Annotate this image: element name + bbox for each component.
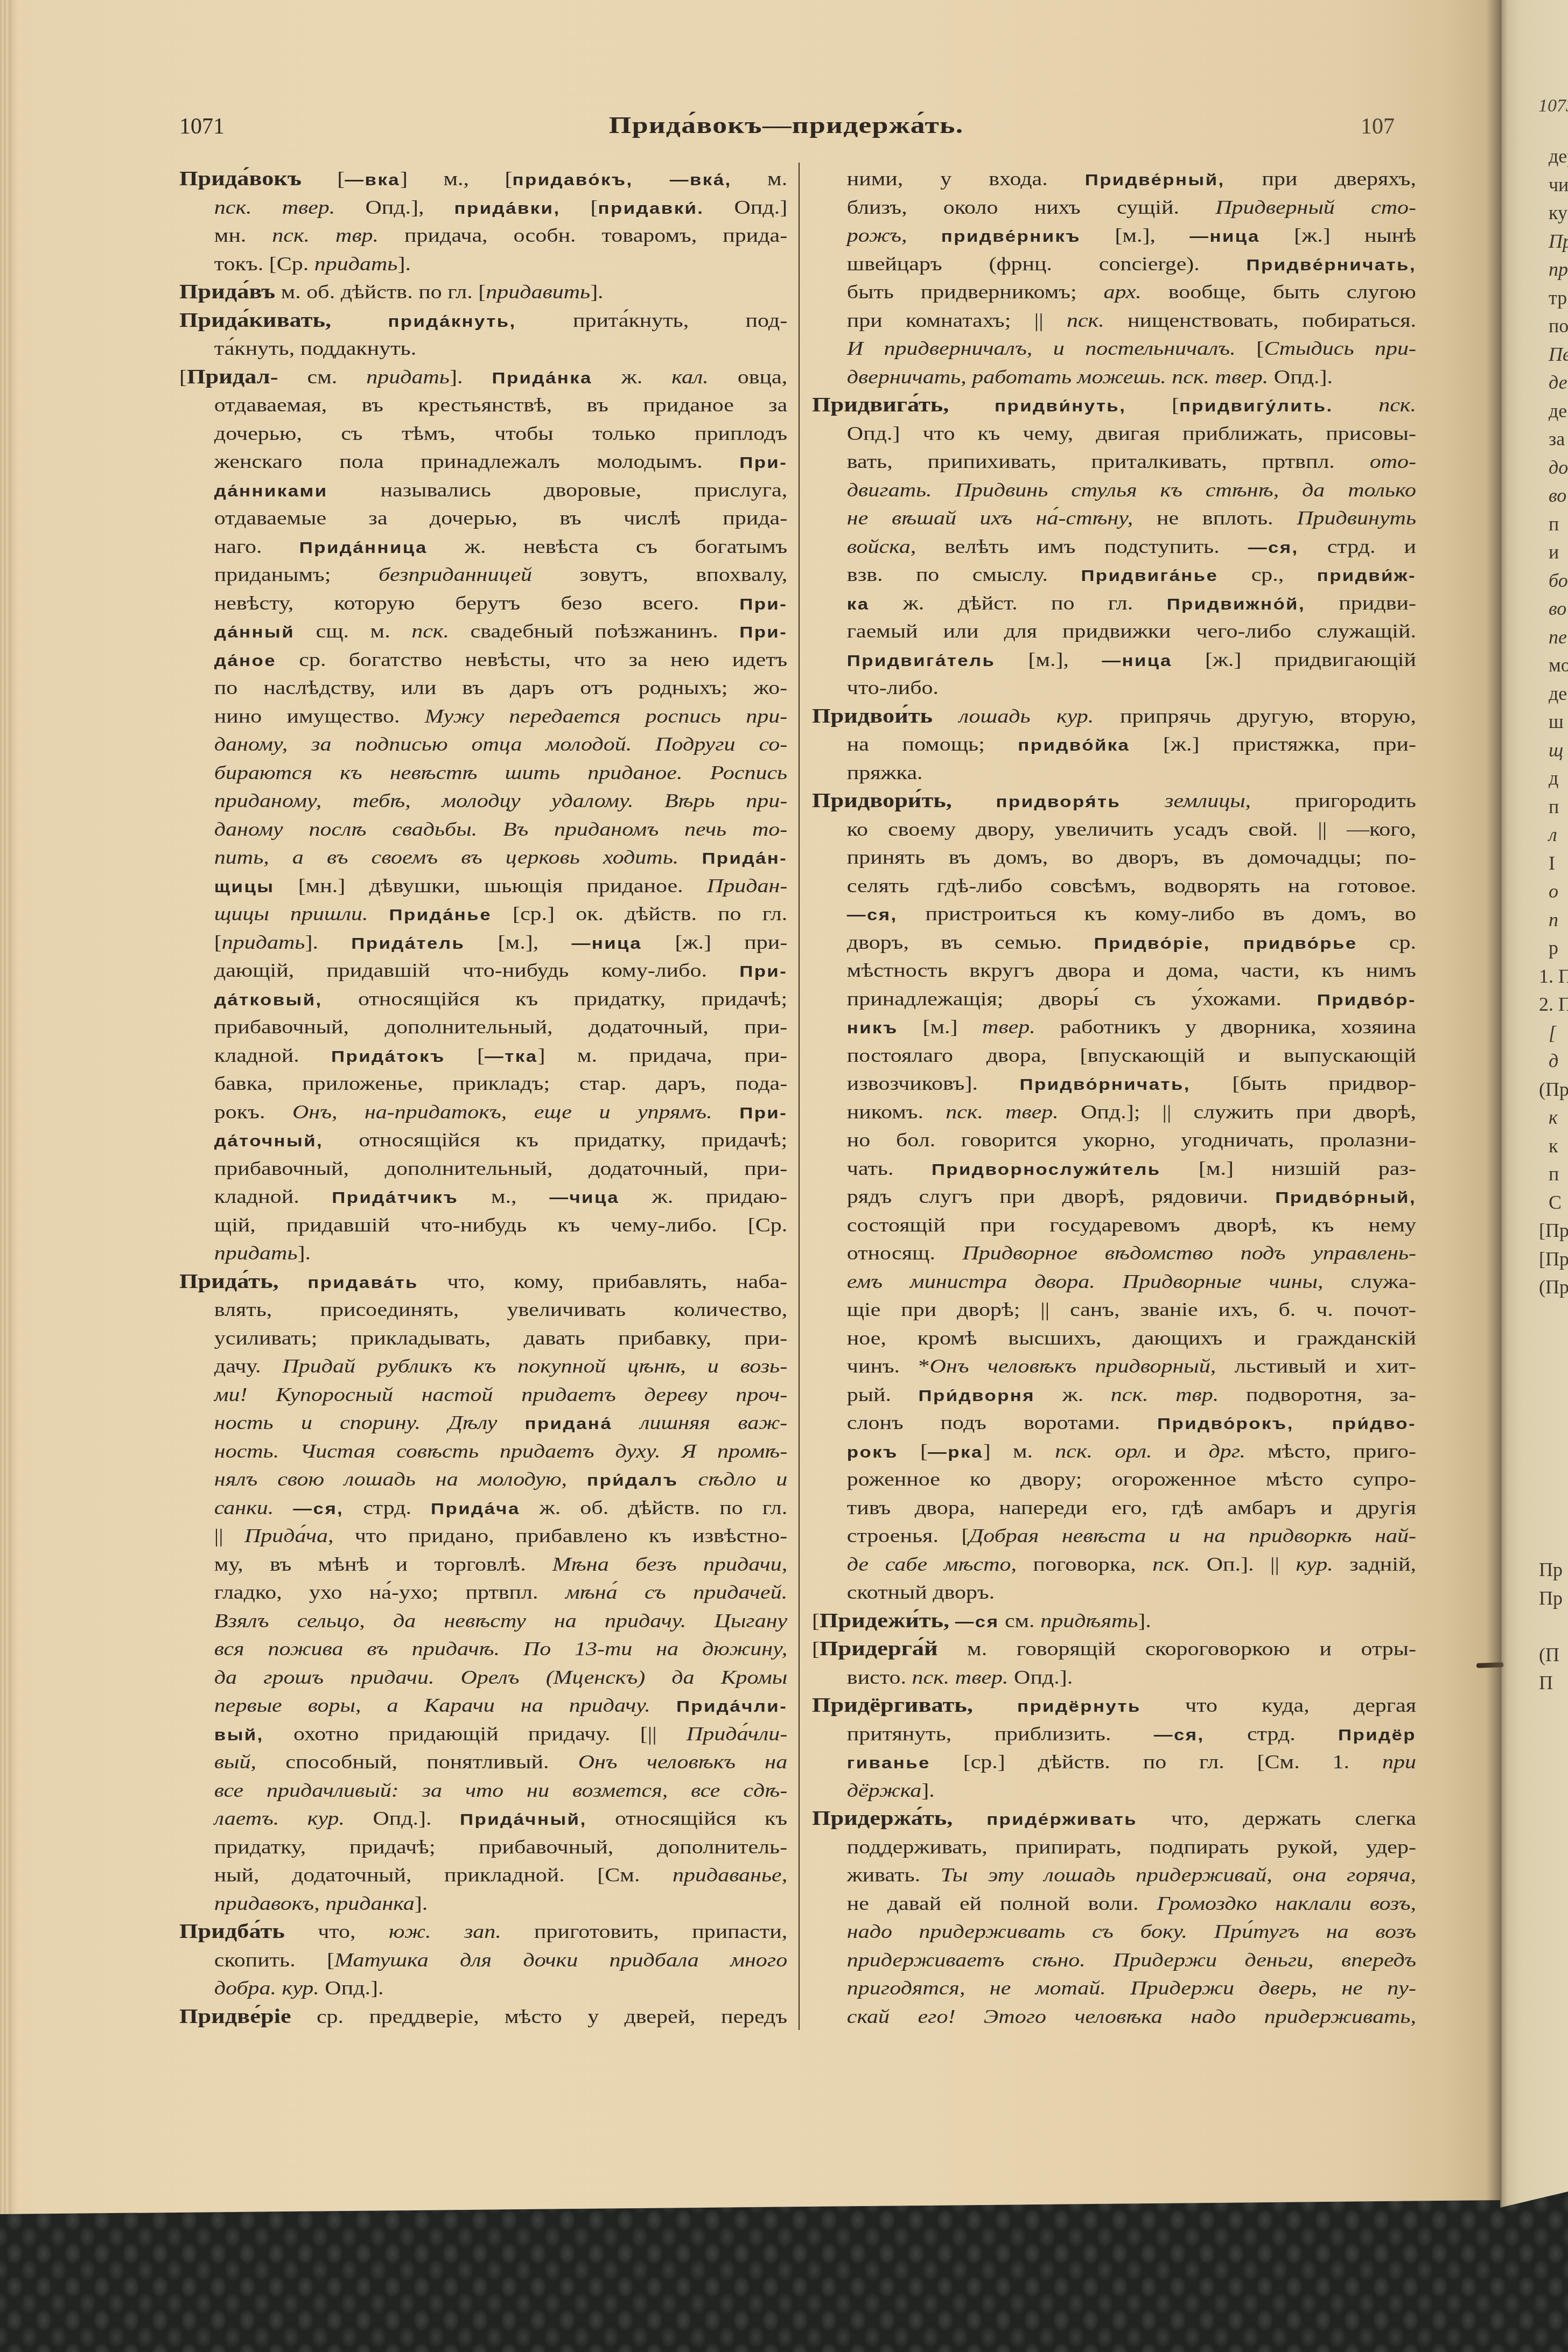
adjacent-page-text-fragment: 2. П — [1539, 990, 1568, 1019]
definition-text: не давай ей полной воли. — [847, 1893, 1157, 1914]
text-line: вать, припихивать, приталкивать, пртвпл.… — [812, 448, 1416, 477]
definition-text: [ж.] придвигающій — [1172, 649, 1416, 670]
adjacent-page-text-fragment: дер — [1539, 142, 1568, 171]
definition-text: дачу. — [214, 1356, 283, 1377]
subentry-term: —ся — [955, 1614, 999, 1631]
adjacent-page-text-fragment: д — [1539, 1047, 1568, 1075]
italic-text: де сабе мѣсто, — [847, 1554, 1017, 1575]
italic-text: ми! Купоросный настой придаетъ дереву пр… — [214, 1384, 787, 1405]
adjacent-page-text-fragment: Пр — [1539, 1584, 1568, 1613]
text-line: невѣсту, которую берутъ безо всего. При- — [179, 590, 787, 618]
text-line: дворъ, въ семью. Придво́ріе, придво́рье … — [812, 929, 1416, 957]
italic-text: пск. орл. — [1055, 1441, 1152, 1462]
definition-text: пристроиться къ кому-либо въ домъ, во — [898, 904, 1416, 925]
subentry-term: —вка — [345, 172, 400, 189]
italic-text: Придан- — [707, 876, 787, 897]
definition-text: прибавочный, дополнительный, додаточный,… — [214, 1017, 787, 1038]
subentry-term: да́тковый, — [214, 992, 323, 1009]
italic-text: бираются къ невѣстѣ шить приданое. Роспи… — [214, 762, 787, 783]
headword: Прида́вокъ — [179, 168, 302, 190]
definition-text: ное, кромѣ высшихъ, дающихъ и гражданскі… — [847, 1328, 1416, 1349]
definition-text: ко своему двору, увеличить усадъ свой. |… — [847, 819, 1416, 840]
subentry-term: Прида́чный, — [460, 1811, 586, 1829]
text-line: бираются къ невѣстѣ шить приданое. Роспи… — [179, 759, 787, 788]
adjacent-page-text-fragment: [Пр — [1539, 1245, 1568, 1273]
definition-text: Опд.]. — [1009, 1667, 1073, 1688]
definition-text: извозчиковъ]. — [847, 1073, 1020, 1094]
definition-text: что куда, дергая — [1141, 1695, 1416, 1716]
text-line: скай его! Этого человѣка надо придержива… — [812, 2003, 1416, 2032]
definition-text: щій, придавшій что-нибудь къ чему-либо. … — [214, 1215, 787, 1236]
text-line: Придвига́тель [м.], —ница [ж.] придвигаю… — [812, 646, 1416, 675]
text-line: состоящій при государевомъ дворѣ, къ нем… — [812, 1212, 1416, 1240]
definition-text: ] м. — [983, 1441, 1055, 1462]
adjacent-page-text-fragment — [1539, 1386, 1568, 1415]
adjacent-page-text-fragment: за — [1539, 425, 1568, 453]
definition-text: [ср.] ок. дѣйств. по гл. — [492, 904, 787, 925]
definition-text: наго. — [214, 536, 299, 557]
text-line: санки. —ся, стрд. Прида́ча ж. об. дѣйств… — [179, 1494, 787, 1523]
adjacent-page-text-fragment: п — [1539, 793, 1568, 821]
right-column: ними, у входа. Придве́рный, при дверяхъ,… — [812, 165, 1416, 2031]
text-line: ними, у входа. Придве́рный, при дверяхъ, — [812, 165, 1416, 194]
adjacent-page-text-fragment — [1539, 1471, 1568, 1500]
italic-text: ность и спорину. Дѣлу — [214, 1412, 525, 1433]
definition-text: поддерживать, припирать, подпирать рукой… — [847, 1837, 1416, 1858]
headword: Придвига́ть, — [812, 394, 949, 416]
definition-text: и — [1152, 1441, 1209, 1462]
adjacent-page-text-fragment: и — [1539, 538, 1568, 566]
italic-text: пск. твер. — [912, 1667, 1009, 1688]
italic-text: Взялъ сельцо, да невѣсту на придачу. Цыг… — [214, 1611, 787, 1632]
text-line: приданымъ; безприданницей зовутъ, впохва… — [179, 561, 787, 590]
subentry-term: да́нниками — [214, 483, 328, 500]
text-line: де сабе мѣсто, поговорка, пск. Оп.]. || … — [812, 1551, 1416, 1579]
text-line: принять въ домъ, во дворъ, въ домочадцы;… — [812, 844, 1416, 872]
subentry-term: При- — [739, 1105, 787, 1122]
definition-text: ]. — [1138, 1611, 1151, 1632]
text-line: вый, способный, понятливый. Онъ человѣкъ… — [179, 1748, 787, 1777]
definition-text: рокъ. — [214, 1102, 292, 1123]
entry-first-line: Придвори́ть, придворя́ть землицы, пригор… — [812, 787, 1416, 816]
text-line: та́кнуть, поддакнуть. — [179, 335, 787, 363]
adjacent-page-text-fragment: по — [1539, 312, 1568, 340]
adjacent-page-text-fragment: Пр — [1539, 227, 1568, 256]
definition-text: строенья. [ — [847, 1525, 969, 1546]
text-line: швейцаръ (фрнц. concierge). Придве́рнича… — [812, 250, 1416, 279]
text-line: усиливать; прикладывать, давать прибавку… — [179, 1325, 787, 1353]
subentry-term: придви́нуть, — [995, 398, 1126, 415]
text-line: ко своему двору, увеличить усадъ свой. |… — [812, 816, 1416, 844]
adjacent-page-text-fragment: л — [1539, 821, 1568, 849]
definition-text: бавка, приложенье, прикладъ; стар. даръ,… — [214, 1073, 787, 1094]
subentry-term: Придво́ріе, придво́рье — [1094, 935, 1357, 953]
subentry-term: придви́ж- — [1317, 568, 1416, 585]
text-line: отдаваемая, въ крестьянствѣ, въ приданое… — [179, 391, 787, 420]
italic-text: придаванье, — [673, 1865, 787, 1886]
text-line: рядъ слугъ при дворѣ, рядовичи. Придво́р… — [812, 1183, 1416, 1212]
text-line: Взялъ сельцо, да невѣсту на придачу. Цыг… — [179, 1607, 787, 1636]
text-line: щицы пришли. Прида́нье [ср.] ок. дѣйств.… — [179, 900, 787, 929]
definition-text: ]. — [450, 367, 492, 388]
definition-text: ж. — [1035, 1384, 1111, 1405]
italic-text: дрг. — [1208, 1441, 1245, 1462]
text-line: —ся, пристроиться къ кому-либо въ домъ, … — [812, 900, 1416, 929]
definition-text: ж. невѣста съ богатымъ — [428, 536, 787, 557]
definition-text — [279, 1271, 307, 1292]
subentry-term: Придве́рный, — [1085, 172, 1225, 189]
text-line: но бол. говорится укорно, угодничать, пр… — [812, 1126, 1416, 1155]
adjacent-page-text-fragment: (Пр — [1539, 1075, 1568, 1104]
text-line: надо придерживать съ боку. При́тугъ на в… — [812, 1918, 1416, 1947]
entry-first-line: Придёргивать, придёрнуть что куда, дерга… — [812, 1692, 1416, 1720]
definition-text: скотный дворъ. — [847, 1582, 995, 1603]
subentry-term: Прида́нье — [389, 907, 492, 924]
text-line: бавка, приложенье, прикладъ; стар. даръ,… — [179, 1070, 787, 1098]
text-line: дающій, придавшій что-нибудь кому-либо. … — [179, 957, 787, 985]
italic-text: щицы пришли. — [214, 904, 389, 925]
text-line: рожъ, придве́рникъ [м.], —ница [ж.] нынѣ — [812, 222, 1416, 250]
italic-text: пск. твр. — [1111, 1384, 1219, 1405]
text-line: ка ж. дѣйст. по гл. Придвижно́й, придви- — [812, 590, 1416, 618]
adjacent-page-text-fragment: пе — [1539, 623, 1568, 652]
italic-text: даному послѣ свадьбы. Въ приданомъ печь … — [214, 819, 787, 840]
italic-text: Стыдись при- — [1264, 338, 1416, 359]
adjacent-page-text-fragment — [1539, 1329, 1568, 1358]
entry-first-line: Придержа́ть, приде́рживать что, держать … — [812, 1805, 1416, 1833]
italic-text: вый, — [214, 1752, 256, 1773]
subentry-term: Прида́тель — [351, 935, 465, 953]
definition-text: при дверяхъ, — [1225, 169, 1416, 190]
headword: Придба́ть — [179, 1921, 285, 1943]
text-line: нялъ свою лошадь на молодую, при́далъ сѣ… — [179, 1466, 787, 1494]
text-line: первые воры, а Карачи на придачу. Прида́… — [179, 1692, 787, 1720]
definition-text: [ — [561, 197, 598, 218]
subentry-term: Придво́рокъ, при́дво- — [1157, 1416, 1416, 1433]
subentry-term: прида́вки, — [454, 200, 561, 218]
italic-text: приданому, тебѣ, молодцу удалому. Вѣрь п… — [214, 790, 787, 811]
text-line: пригодятся, не мотай. Придержи дверь, не… — [812, 1975, 1416, 2003]
subentry-term: Придвига́нье — [1081, 568, 1218, 585]
adjacent-page-text-fragment: де — [1539, 368, 1568, 397]
definition-text: ср. преддверіе, мѣсто у дверей, передъ — [291, 2006, 788, 2027]
subentry-term: При- — [739, 454, 787, 472]
definition-text: [ — [179, 367, 187, 388]
text-line: рый. При́дворня ж. пск. твр. подворотня,… — [812, 1381, 1416, 1410]
adjacent-page-text-fragment: П — [1539, 1669, 1568, 1697]
definition-text: Опд.]. — [1268, 367, 1333, 388]
definition-text: рый. — [847, 1384, 919, 1405]
definition-text: задній, — [1333, 1554, 1416, 1575]
subentry-term: Придёр — [1338, 1727, 1416, 1744]
definition-text: щіе при дворѣ; || санъ, званіе ихъ, б. ч… — [847, 1299, 1416, 1320]
italic-text: пригодятся, не мотай. Придержи дверь, не… — [847, 1978, 1416, 1999]
subentry-term: При- — [739, 596, 787, 613]
definition-text: Опд.]. — [319, 1978, 384, 1999]
italic-text: все придачливый: за что ни возмется, все… — [214, 1780, 787, 1801]
adjacent-page-text-fragment: тр — [1539, 284, 1568, 312]
italic-text: первые воры, а Карачи на придачу. — [214, 1695, 676, 1716]
subentry-term: При- — [739, 624, 787, 641]
text-line: роженное ко двору; огороженное мѣсто суп… — [812, 1466, 1416, 1494]
adjacent-page-text-fragment — [1539, 1612, 1568, 1641]
definition-text: стрд. — [1205, 1724, 1338, 1745]
text-line: чать. Придворнослужи́тель [м.] низшій ра… — [812, 1155, 1416, 1184]
adjacent-page-number: 1073 — [1538, 93, 1568, 120]
definition-text: м. говорящій скороговоркою и отры- — [938, 1639, 1416, 1660]
italic-text: санки. — [214, 1497, 293, 1518]
definition-text — [952, 790, 996, 811]
definition-text — [907, 225, 941, 246]
subentry-term: Придво́рничать, — [1020, 1076, 1191, 1094]
definition-text: [м.] — [898, 1017, 982, 1038]
text-line: при комнатахъ; || пск. нищенствовать, по… — [812, 307, 1416, 335]
italic-text: Придворное вѣдомство подъ управлень- — [962, 1243, 1416, 1264]
definition-text: стрд. и — [1299, 536, 1416, 557]
adjacent-page-text-fragment: І — [1539, 849, 1568, 878]
italic-text: придать — [366, 367, 450, 388]
adjacent-page-text-fragment: о — [1539, 877, 1568, 906]
text-line: тивъ двора, напереди его, гдѣ амбаръ и д… — [812, 1494, 1416, 1523]
italic-text: Мужу передается роспись при- — [425, 706, 787, 727]
subentry-term: —чица — [549, 1189, 619, 1207]
definition-text: [м.] низшій раз- — [1161, 1158, 1416, 1179]
subentry-term: Придвига́тель — [847, 653, 996, 670]
subentry-term: при́далъ — [587, 1472, 678, 1489]
definition-text — [933, 706, 959, 727]
definition-text: ]. — [921, 1780, 934, 1801]
italic-text: Мѣна безъ придачи, — [552, 1554, 787, 1575]
italic-text: пск. твр. — [272, 225, 379, 246]
definition-text: назывались дворовые, прислуга, — [328, 480, 788, 501]
page-number-right: 107 — [1330, 110, 1395, 143]
definition-text: на помощь; — [847, 734, 1018, 755]
definition-text: относящійся къ — [587, 1808, 788, 1829]
scanner-mat-background — [0, 2197, 1568, 2352]
subentry-term: гиванье — [847, 1755, 930, 1772]
text-line: по наслѣдству, или въ даръ отъ родныхъ; … — [179, 674, 787, 703]
italic-text: Онъ человѣкъ на — [578, 1752, 788, 1773]
definition-text: нищенствовать, побираться. — [1104, 310, 1416, 331]
definition-text: ] м., [ — [400, 169, 513, 190]
headword: Придежи́ть, — [820, 1610, 949, 1632]
subentry-term: Прида́токъ — [331, 1048, 445, 1066]
text-line: токъ. [Ср. придать]. — [179, 250, 787, 279]
italic-text: надо придерживать съ боку. При́тугъ на в… — [847, 1921, 1416, 1942]
text-line: двигать. Придвинь стулья къ стѣнѣ, да то… — [812, 477, 1416, 505]
text-line: живать. Ты эту лошадь придерживай, она г… — [812, 1861, 1416, 1890]
definition-text: Опд.]; || служить при дворѣ, — [1059, 1102, 1416, 1123]
italic-text: И придверничалъ, и постельничалъ. — [847, 338, 1236, 359]
definition-text: прибавочный, дополнительный, додаточный,… — [214, 1158, 787, 1179]
text-line: слонъ подъ воротами. Придво́рокъ, при́дв… — [812, 1409, 1416, 1438]
definition-text: припрячь другую, вторую, — [1094, 706, 1416, 727]
italic-text: Онъ человѣкъ придворный, — [930, 1356, 1216, 1377]
definition-text: дворъ, въ семью. — [847, 932, 1094, 953]
italic-text: Матушка для дочки придбала много — [334, 1950, 787, 1971]
italic-text: ото- — [1370, 451, 1416, 472]
definition-text: по наслѣдству, или въ даръ отъ родныхъ; … — [214, 677, 787, 698]
text-line: пряжка. — [812, 759, 1416, 788]
italic-text: придерживаетъ сѣно. Придержи деньги, впе… — [847, 1950, 1416, 1971]
definition-text: см. — [278, 367, 367, 388]
definition-text: швейцаръ (фрнц. concierge). — [847, 254, 1247, 275]
definition-text: ] м. придача, при- — [537, 1045, 787, 1066]
text-line: кладной. Прида́токъ [—тка] м. придача, п… — [179, 1042, 787, 1070]
text-line: кладной. Прида́тчикъ м., —чица ж. придаю… — [179, 1183, 787, 1212]
adjacent-page-text-fragment: С — [1539, 1188, 1568, 1217]
definition-text: ср. богатство невѣсты, что за нею идетъ — [276, 649, 787, 670]
text-line: да́нный сщ. м. пск. свадебный поѣзжанинъ… — [179, 618, 787, 646]
definition-text: поговорка, — [1017, 1554, 1152, 1575]
subentry-term: Прида́тчикъ — [332, 1189, 458, 1207]
italic-text: пск. — [1152, 1554, 1190, 1575]
definition-text: стрд. — [344, 1497, 431, 1518]
definition-text: женскаго пола принадлежалъ молодымъ. — [214, 451, 739, 472]
subentry-term: рокъ — [847, 1444, 898, 1461]
text-line: войска, велѣть имъ подступить. —ся, стрд… — [812, 533, 1416, 562]
text-line: взв. по смыслу. Придвига́нье ср., придви… — [812, 561, 1416, 590]
definition-text: относящійся къ придатку, придачѣ; — [323, 1130, 787, 1151]
text-line: щіе при дворѣ; || санъ, званіе ихъ, б. ч… — [812, 1296, 1416, 1325]
subentry-term: —ница — [1189, 228, 1260, 246]
subentry-term: —ся, — [1154, 1727, 1205, 1744]
subentry-term: Придво́рный, — [1275, 1189, 1416, 1207]
definition-text: селять гдѣ-либо совсѣмъ, водворять на го… — [847, 876, 1416, 897]
italic-text: придать — [214, 1243, 298, 1264]
subentry-term: придаво́къ, —вка́, — [513, 172, 732, 189]
text-line: что-либо. — [812, 674, 1416, 703]
definition-text: кладной. — [214, 1045, 331, 1066]
definition-text: взв. по смыслу. — [847, 564, 1081, 585]
definition-text: что придано, прибавлено къ извѣстно- — [333, 1525, 787, 1546]
definition-text: усиливать; прикладывать, давать прибавку… — [214, 1328, 787, 1349]
definition-text — [1121, 790, 1165, 811]
definition-text: рядъ слугъ при дворѣ, рядовичи. — [847, 1186, 1275, 1207]
text-line: принадлежащія; дворы́ съ у́хожами. Придв… — [812, 985, 1416, 1014]
subentry-term: да́ное — [214, 653, 276, 670]
text-line: наго. Прида́нница ж. невѣста съ богатымъ — [179, 533, 787, 562]
definition-text: притянуть, приблизить. — [847, 1724, 1154, 1745]
definition-text: постоялаго двора, [впускающій и выпускаю… — [847, 1045, 1416, 1066]
text-line: ность. Чистая совѣсть придаетъ духу. Я п… — [179, 1438, 787, 1466]
italic-text: кур. — [1296, 1554, 1333, 1575]
italic-text: Ты эту лошадь придерживай, она горяча, — [941, 1865, 1416, 1886]
definition-text: придача, особн. товаромъ, прида- — [379, 225, 787, 246]
headword: Прида́въ — [179, 281, 275, 303]
entry-first-line: [Придежи́ть, —ся см. придѣять]. — [812, 1607, 1416, 1636]
subentry-term: да́нный — [214, 624, 295, 641]
text-line: да грошъ придачи. Орелъ (Мценскъ) да Кро… — [179, 1664, 787, 1692]
text-line: му, въ мѣнѣ и торговлѣ. Мѣна безъ придач… — [179, 1551, 787, 1579]
italic-text: придавокъ, приданка — [214, 1893, 415, 1914]
italic-text: дёржка — [847, 1780, 922, 1801]
text-line: придавокъ, приданка]. — [179, 1890, 787, 1919]
entry-first-line: Прида́кивать, прида́кнуть, прита́кнуть, … — [179, 307, 787, 335]
subentry-term: —ница — [572, 935, 642, 953]
entry-first-line: Придвига́ть, придви́нуть, [придвигу́лить… — [812, 391, 1416, 420]
definition-text: му, въ мѣнѣ и торговлѣ. — [214, 1554, 552, 1575]
italic-text: землицы, — [1165, 790, 1251, 811]
italic-text: Прида́ча, — [244, 1525, 334, 1546]
subentry-term: да́точный, — [214, 1133, 323, 1150]
definition-text: придатку, придачѣ; прибавочный, дополнит… — [214, 1837, 787, 1858]
italic-text: рожъ, — [847, 225, 907, 246]
text-line: чинъ. *Онъ человѣкъ придворный, льстивый… — [812, 1353, 1416, 1381]
text-line: щицы [мн.] дѣвушки, шьющія приданое. При… — [179, 872, 787, 901]
text-line: ное, кромѣ высшихъ, дающихъ и гражданскі… — [812, 1325, 1416, 1353]
definition-text: чинъ. * — [847, 1356, 930, 1377]
italic-text: Придвинуть — [1297, 508, 1416, 529]
definition-text: гаемый или для придвижки чего-либо служа… — [847, 621, 1416, 642]
adjacent-page-text-fragment: до — [1539, 453, 1568, 482]
definition-text: пряжка. — [847, 762, 923, 783]
adjacent-page-text-fragment — [1539, 1528, 1568, 1556]
subentry-term: Прида́ча — [431, 1501, 520, 1518]
definition-text: та́кнуть, поддакнуть. — [214, 338, 416, 359]
subentry-term: придвигу́лить. — [1179, 398, 1333, 415]
definition-text: мн. — [214, 225, 272, 246]
adjacent-page-text-fragment: [Пр — [1539, 1216, 1568, 1245]
italic-text: Онъ, на-придатокъ, еще и упрямъ. — [292, 1102, 712, 1123]
italic-text: лошадь кур. — [959, 706, 1094, 727]
italic-text: придѣять — [1040, 1611, 1138, 1632]
italic-text: пск. — [1378, 395, 1416, 416]
definition-text — [1333, 395, 1379, 416]
page-number-left: 1071 — [179, 110, 225, 143]
italic-text: Добрая невѣста и на придворкѣ най- — [969, 1525, 1416, 1546]
italic-text: пск. — [1067, 310, 1104, 331]
adjacent-page-text-fragment: п — [1539, 906, 1568, 934]
text-line: быть придверникомъ; арх. вообще, быть сл… — [812, 278, 1416, 307]
definition-text: [ — [214, 932, 222, 953]
definition-text: ж. об. дѣйств. по гл. — [520, 1497, 787, 1518]
adjacent-page-text-fragment: де — [1539, 680, 1568, 708]
text-line: даному послѣ свадьбы. Въ приданомъ печь … — [179, 816, 787, 844]
headword: Прида́кивать, — [179, 310, 331, 332]
subentry-term: придана́ — [524, 1416, 612, 1433]
definition-text: относящ. — [847, 1243, 963, 1264]
subentry-term: Придво́р- — [1317, 992, 1416, 1009]
definition-text — [949, 1611, 955, 1632]
definition-text: принадлежащія; дворы́ съ у́хожами. — [847, 989, 1317, 1010]
adjacent-page-text-fragment: 1. П — [1539, 962, 1568, 991]
italic-text: придавить — [486, 282, 590, 303]
definition-text: подворотня, за- — [1219, 1384, 1416, 1405]
italic-text: Придай рубликъ къ покупной цѣнѣ, и возь- — [282, 1356, 787, 1377]
definition-text: ]. — [298, 1243, 311, 1264]
italic-text: сѣдло и — [678, 1469, 788, 1490]
text-line: дочерью, съ тѣмъ, чтобы только приплодъ — [179, 420, 787, 449]
subentry-term: —ница — [1102, 653, 1172, 670]
definition-text: || — [214, 1525, 244, 1546]
text-line: да́точный, относящійся къ придатку, прид… — [179, 1126, 787, 1155]
subentry-term: —рка — [928, 1444, 983, 1461]
text-line: даному, за подписью отца молодой. Подруг… — [179, 731, 787, 759]
adjacent-page-text-fragments: дерчикуПрпртрпоПедедезадовопибовопемодеш… — [1539, 142, 1568, 1697]
definition-text: приготовить, припасти, — [501, 1921, 787, 1942]
column-divider — [799, 163, 800, 2030]
text-line: пск. твер. Опд.], прида́вки, [придавки́.… — [179, 194, 787, 222]
italic-text: придать — [222, 932, 305, 953]
subentry-term: никъ — [847, 1020, 898, 1037]
subentry-term: придавки́. — [598, 200, 704, 218]
adjacent-page-text-fragment: п — [1539, 1160, 1568, 1188]
definition-text: способный, понятливый. — [256, 1752, 578, 1773]
text-line: не давай ей полной воли. Громоздко накла… — [812, 1890, 1416, 1919]
subentry-term: вый, — [214, 1727, 264, 1744]
text-line: придатку, придачѣ; прибавочный, дополнит… — [179, 1833, 787, 1862]
